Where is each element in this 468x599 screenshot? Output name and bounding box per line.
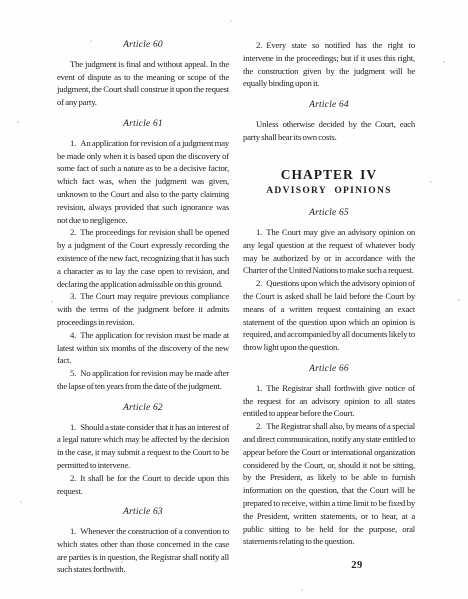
- article-61-paragraph-4: 4. The application for revision must be …: [57, 329, 229, 367]
- article-66-paragraph-1: 1. The Registrar shall forthwith give no…: [243, 382, 415, 420]
- article-66-heading: Article 66: [243, 363, 415, 376]
- article-61-paragraph-5: 5. No application for revision may be ma…: [57, 367, 229, 393]
- article-64-heading: Article 64: [243, 99, 415, 112]
- article-63-paragraph-1: 1. Whenever the construction of a conven…: [57, 525, 229, 576]
- page-number: 29: [271, 560, 443, 573]
- article-61-paragraph-2: 2. The proceedings for revision shall be…: [57, 226, 229, 290]
- article-61-paragraph-1: 1. An application for revision of a judg…: [57, 137, 229, 227]
- left-column: Article 60 The judgment is final and wit…: [57, 39, 229, 576]
- article-66-paragraph-2: 2. The Registrar shall also, by means of…: [243, 420, 415, 548]
- chapter-iv-heading: CHAPTER IV: [243, 169, 415, 182]
- article-65-paragraph-1: 1. The Court may give an advisory opinio…: [243, 226, 415, 277]
- article-65-paragraph-2: 2. Questions upon which the advisory opi…: [243, 277, 415, 354]
- article-61-paragraph-3: 3. The Court may require previous compli…: [57, 290, 229, 328]
- document-page: Article 60 The judgment is final and wit…: [0, 0, 468, 599]
- article-61-heading: Article 61: [57, 118, 229, 131]
- article-63-paragraph-2: 2. Every state so notified has the right…: [243, 39, 415, 90]
- article-65-heading: Article 65: [243, 207, 415, 220]
- article-64-paragraph-1: Unless otherwise decided by the Court, e…: [243, 118, 415, 144]
- advisory-opinions-subheading: ADVISORY OPINIONS: [243, 185, 415, 198]
- article-63-heading: Article 63: [57, 506, 229, 519]
- article-62-paragraph-1: 1. Should a state consider that it has a…: [57, 421, 229, 472]
- article-60-heading: Article 60: [57, 39, 229, 52]
- article-62-heading: Article 62: [57, 402, 229, 415]
- article-62-paragraph-2: 2. It shall be for the Court to decide u…: [57, 472, 229, 498]
- right-column: 2. Every state so notified has the right…: [243, 39, 415, 573]
- article-60-paragraph-1: The judgment is final and without appeal…: [57, 58, 229, 109]
